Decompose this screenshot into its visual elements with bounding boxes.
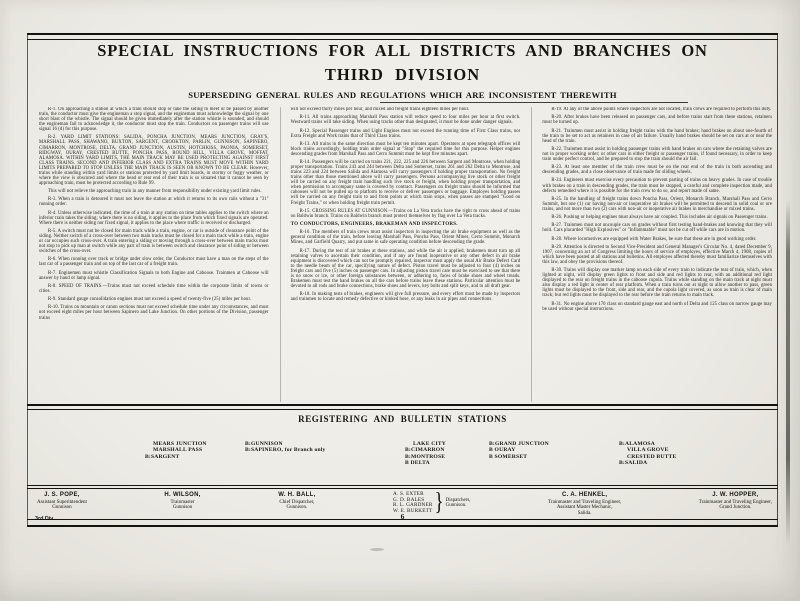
signatory-name: J. W. HOPPER, xyxy=(699,492,772,498)
rule-paragraph: R-12. Special Passenger trains and Light… xyxy=(291,129,521,139)
signatures-divider-rule xyxy=(27,485,778,489)
station-name: B DELTA xyxy=(405,460,446,466)
rule-paragraph: R-25. In the handling of freight trains … xyxy=(542,197,772,212)
station-name: B SOMERSET xyxy=(489,454,549,460)
rule-paragraph: R-7. Enginemen must whistle Classificati… xyxy=(39,271,269,281)
bottom-border-rule xyxy=(27,519,778,527)
signatory-name: C. A. HENKEL, xyxy=(548,492,621,498)
signatory-title: Assistant Master Mechanic, xyxy=(548,505,621,511)
rule-paragraph: R-21. Trainmen must assist in holding fr… xyxy=(542,129,772,144)
stations-list: MEARS JUNCTIONMARSHALL PASSB:SARGENTB:GU… xyxy=(27,441,778,483)
station-group: B:GUNNISONB:SAPINERO, for Branch only xyxy=(245,441,326,454)
rule-paragraph: R-26. Pushing or helping engines must al… xyxy=(542,215,772,220)
subtitle-underline xyxy=(380,102,688,103)
rule-paragraph: R-22. Trainmen must assist in holding pa… xyxy=(542,147,772,162)
station-group: MEARS JUNCTIONMARSHALL PASSB:SARGENT xyxy=(145,441,207,460)
stations-section-header: REGISTERING AND BULLETIN STATIONS xyxy=(27,414,778,424)
rule-paragraph: R-18. In making tests of brakes, enginee… xyxy=(291,292,521,302)
station-name: B:SARGENT xyxy=(145,454,207,460)
scan-edge-shadow xyxy=(786,200,790,545)
rule-paragraph: R-29. Attention is directed to Second Vi… xyxy=(542,245,772,265)
printed-frame: SPECIAL INSTRUCTIONS FOR ALL DISTRICTS A… xyxy=(27,33,778,527)
station-name: B:CIMARRON xyxy=(405,447,446,453)
rule-paragraph: R-24. Engineers must exercise every prec… xyxy=(542,178,772,193)
station-name: MARSHALL PASS xyxy=(145,447,207,453)
station-name: B:SAPINERO, for Branch only xyxy=(245,447,326,453)
station-group: B:ALAMOSAVILLA GROVECRESTED BUTTEB:SALID… xyxy=(619,441,676,467)
section-divider-rule xyxy=(27,404,778,410)
title-line-1: SPECIAL INSTRUCTIONS FOR ALL DISTRICTS A… xyxy=(27,41,778,61)
signatory-title: Gunnison xyxy=(164,505,200,511)
rule-paragraph: R-5. A switch must not be closed for mai… xyxy=(39,229,269,254)
rule-paragraph: R-27. Trainmen must not uncouple cars on… xyxy=(542,223,772,233)
rule-paragraph: R-19. At any of the above points where i… xyxy=(542,107,772,112)
rule-paragraph: R-3. When a train is detoured it must no… xyxy=(39,197,269,207)
rule-paragraph: R-17. During the test of air brakes at t… xyxy=(291,249,521,289)
rules-column-1: R-1. On approaching a station at which a… xyxy=(39,107,269,402)
rule-paragraph: R-14. Passengers will be carried on trai… xyxy=(291,160,521,205)
rule-paragraph: R-30. Trains will display one marker lam… xyxy=(542,268,772,298)
rule-paragraph: R-15. CROSSING RULES AT GUNNISON.—Trains… xyxy=(291,209,521,219)
station-group: LAKE CITYB:CIMARRONB:MONTROSEB DELTA xyxy=(405,441,446,467)
rule-paragraph: R-28. Where locomotives are equipped wit… xyxy=(542,237,772,242)
signatory-name: J. S. POPE, xyxy=(37,492,87,498)
rule-paragraph: R-1. On approaching a station at which a… xyxy=(39,107,269,132)
rule-paragraph: R-9. Standard gauge consolidation engine… xyxy=(39,297,269,302)
section-heading: TO CONDUCTORS, ENGINEERS, BRAKEMAN AND I… xyxy=(291,222,521,227)
rule-paragraph: R-31. No engine above 170 class on stand… xyxy=(542,302,772,312)
rule-paragraph: R-2. YARD LIMIT STATIONS: SALIDA, PONCHA… xyxy=(39,135,269,185)
scan-smudge xyxy=(370,548,384,551)
page-title: SPECIAL INSTRUCTIONS FOR ALL DISTRICTS A… xyxy=(27,41,778,85)
subtitle: SUPERSEDING GENERAL RULES AND REGULATION… xyxy=(27,90,778,100)
station-name: VILLA GROVE xyxy=(619,447,676,453)
rule-paragraph: R-6. When running over track or bridge u… xyxy=(39,257,269,267)
title-line-2: THIRD DIVISION xyxy=(27,65,778,85)
rule-paragraph: R-20. After brakes have been released on… xyxy=(542,115,772,125)
top-border-rule xyxy=(27,33,778,40)
rule-paragraph: will not exceed thirty miles per hour, a… xyxy=(291,107,521,112)
station-name: B:SALIDA xyxy=(619,460,676,466)
dispatcher-label: Dispatchers,Gunnison. xyxy=(446,498,471,509)
rule-paragraph: R-8. SPEED OF TRAINS.—Trains must not ex… xyxy=(39,284,269,294)
signatory-name: H. WILSON, xyxy=(164,492,200,498)
signatory-title: Grand Junction. xyxy=(699,505,772,511)
rule-paragraph: R-11. All trains approaching Marshall Pa… xyxy=(291,115,521,125)
rules-columns: R-1. On approaching a station at which a… xyxy=(39,107,772,402)
signatory-name: W. H. BALL, xyxy=(278,492,315,498)
signatory-title: Gunnison. xyxy=(278,505,315,511)
scanned-document-page: SPECIAL INSTRUCTIONS FOR ALL DISTRICTS A… xyxy=(0,0,800,601)
station-group: B:GRAND JUNCTIONB OURAYB SOMERSET xyxy=(489,441,549,460)
signatory-title: Gunnison xyxy=(37,505,87,511)
rule-paragraph: This will not relieve the approaching tr… xyxy=(39,189,269,194)
rule-paragraph: R-10. Trains on mountain or canon sectio… xyxy=(39,305,269,320)
rule-paragraph: R-4. Unless otherwise indicated, the tim… xyxy=(39,211,269,226)
rules-column-2: will not exceed thirty miles per hour, a… xyxy=(280,107,521,402)
rule-paragraph: R-16. The members of train crews must as… xyxy=(291,230,521,245)
rule-paragraph: R-13. All trains in the same direction m… xyxy=(291,142,521,157)
rules-column-3: R-19. At any of the above points where i… xyxy=(531,107,772,402)
rule-paragraph: R-23. At least one member of the train c… xyxy=(542,165,772,175)
